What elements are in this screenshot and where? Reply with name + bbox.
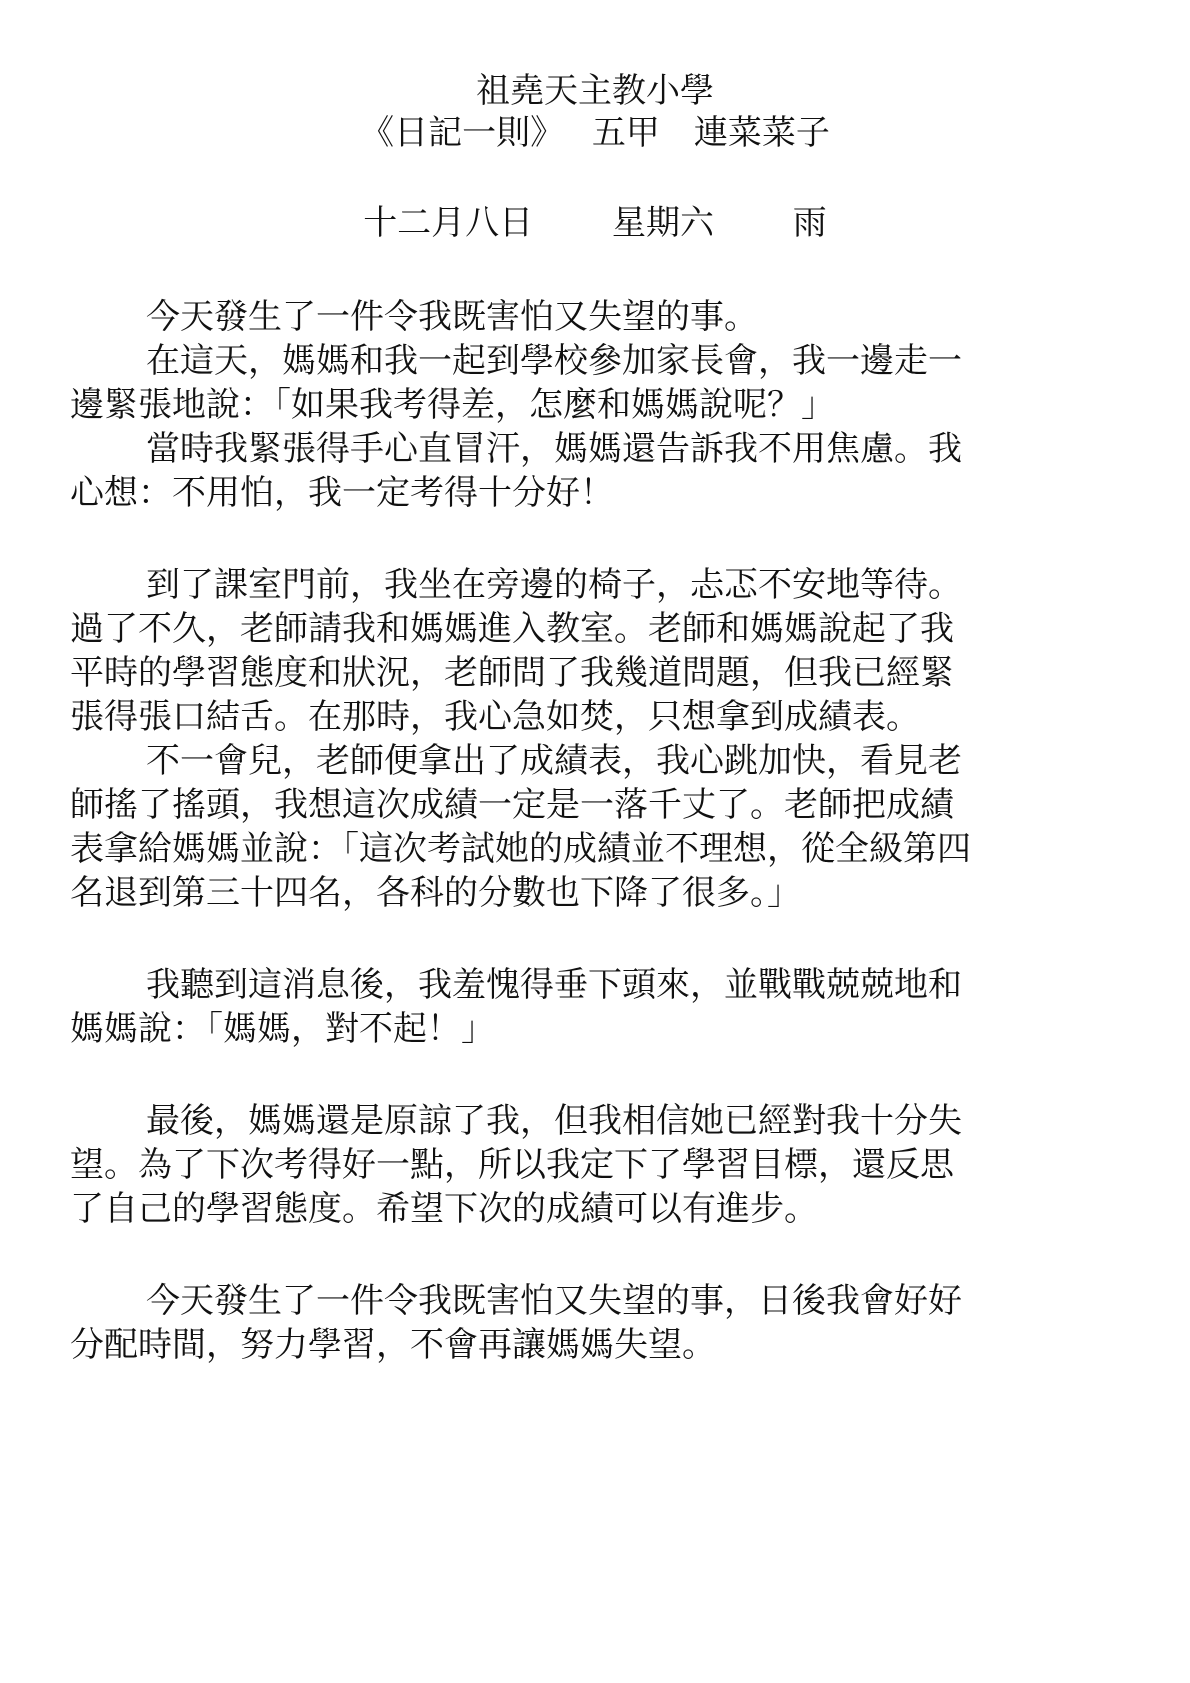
body-line: 不一會兒，老師便拿出了成績表，我心跳加快，看見老 (70, 740, 1190, 782)
body-line: 我聽到這消息後，我羞愧得垂下頭來，並戰戰兢兢地和 (70, 964, 1190, 1006)
body-line: 平時的學習態度和狀況，老師問了我幾道問題，但我已經緊 (70, 652, 1130, 694)
body-line: 在這天，媽媽和我一起到學校參加家長會，我一邊走一 (70, 340, 1190, 382)
date-line: 十二月八日 星期六 雨 (0, 202, 1190, 244)
body-line: 張得張口結舌。在那時，我心急如焚，只想拿到成績表。 (70, 696, 1130, 738)
body-line: 今天發生了一件令我既害怕又失望的事。 (70, 296, 1190, 338)
body-line: 邊緊張地說：「如果我考得差，怎麼和媽媽說呢？」 (70, 384, 1130, 426)
body-line: 心想：不用怕，我一定考得十分好！ (70, 472, 1130, 514)
body-line: 名退到第三十四名，各科的分數也下降了很多。」 (70, 872, 1130, 914)
body-line: 了自己的學習態度。希望下次的成績可以有進步。 (70, 1188, 1130, 1230)
diary-page: 祖堯天主教小學 《日記一則》 五甲 連菜菜子 十二月八日 星期六 雨 今天發生了… (0, 0, 1190, 1683)
body-line: 過了不久，老師請我和媽媽進入教室。老師和媽媽說起了我 (70, 608, 1130, 650)
school-name: 祖堯天主教小學 (0, 70, 1190, 112)
body-line: 今天發生了一件令我既害怕又失望的事，日後我會好好 (70, 1280, 1190, 1322)
body-line: 媽媽說：「媽媽，對不起！」 (70, 1008, 1130, 1050)
body-line: 分配時間，努力學習，不會再讓媽媽失望。 (70, 1324, 1130, 1366)
body-line: 望。為了下次考得好一點，所以我定下了學習目標，還反思 (70, 1144, 1130, 1186)
body-line: 最後，媽媽還是原諒了我，但我相信她已經對我十分失 (70, 1100, 1190, 1142)
body-line: 到了課室門前，我坐在旁邊的椅子，忐忑不安地等待。 (70, 564, 1190, 606)
body-line: 師搖了搖頭，我想這次成績一定是一落千丈了。老師把成績 (70, 784, 1130, 826)
title-line: 《日記一則》 五甲 連菜菜子 (0, 112, 1190, 154)
body-line: 表拿給媽媽並說：「這次考試她的成績並不理想，從全級第四 (70, 828, 1130, 870)
body-line: 當時我緊張得手心直冒汗，媽媽還告訴我不用焦慮。我 (70, 428, 1190, 470)
